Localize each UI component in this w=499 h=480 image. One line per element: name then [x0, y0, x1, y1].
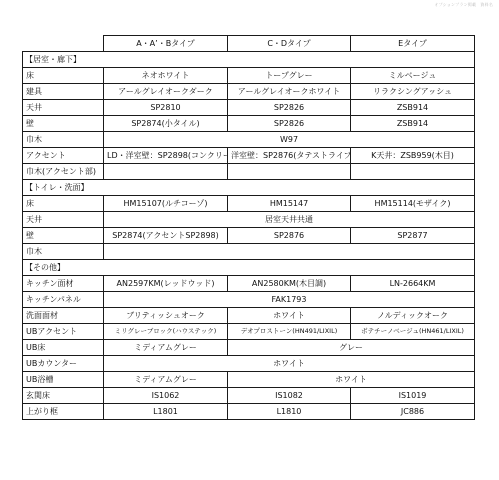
row-label: 玄関床	[23, 388, 104, 404]
row-label: キッチン面材	[23, 276, 104, 292]
table-row: 天井 居室天井共通	[23, 212, 475, 228]
section-row: 【トイレ・洗面】	[23, 180, 475, 196]
section-title-living: 【居室・廊下】	[23, 52, 475, 68]
table-cell: ネオホワイト	[104, 68, 228, 84]
row-label: キッチンパネル	[23, 292, 104, 308]
table-cell: ノルディックオーク	[351, 308, 475, 324]
table-cell: AN2580KM(木目調)	[228, 276, 351, 292]
row-label: 巾木(アクセント部)	[23, 164, 104, 180]
table-row: 玄関床 IS1062 IS1082 IS1019	[23, 388, 475, 404]
table-row: 巾木 W97	[23, 132, 475, 148]
table-cell: ミルベージュ	[351, 68, 475, 84]
table-cell: ミディアムグレー	[104, 340, 228, 356]
table-row: UB床 ミディアムグレー グレー	[23, 340, 475, 356]
merged-cell: 居室天井共通	[104, 212, 475, 228]
table-cell	[228, 164, 351, 180]
row-label: 巾木	[23, 244, 104, 260]
table-row: 巾木(アクセント部)	[23, 164, 475, 180]
table-cell: SP2874(小タイル)	[104, 116, 228, 132]
merged-cell: W97	[104, 132, 475, 148]
table-cell: SP2826	[228, 116, 351, 132]
table-cell: ボテチーノベージュ(HN461/LIXIL)	[351, 324, 475, 340]
table-row: 上がり框 L1801 L1810 JC886	[23, 404, 475, 420]
column-header-ab: A・A’・Bタイプ	[104, 36, 228, 52]
row-label: 床	[23, 196, 104, 212]
column-header-e: Eタイプ	[351, 36, 475, 52]
table-cell	[104, 164, 228, 180]
row-label: 天井	[23, 212, 104, 228]
section-row: 【その他】	[23, 260, 475, 276]
table-cell: ミリグレーブロック(ハウステック)	[104, 324, 228, 340]
table-cell: LD・洋室壁：SP2898(コンクリート)	[104, 148, 228, 164]
section-title-other: 【その他】	[23, 260, 475, 276]
finish-spec-table: A・A’・Bタイプ C・Dタイプ Eタイプ 【居室・廊下】 床 ネオホワイト ト…	[22, 35, 475, 420]
section-title-toilet: 【トイレ・洗面】	[23, 180, 475, 196]
table-cell: デオプロストーン(HN491/LIXIL)	[228, 324, 351, 340]
column-header-cd: C・Dタイプ	[228, 36, 351, 52]
table-row: UBカウンター ホワイト	[23, 356, 475, 372]
corner-note: オプションプラン掲載 資料名	[435, 2, 493, 8]
table-cell: アールグレイオークホワイト	[228, 84, 351, 100]
table-row: UB浴槽 ミディアムグレー ホワイト	[23, 372, 475, 388]
table-cell: HM15147	[228, 196, 351, 212]
row-label: アクセント	[23, 148, 104, 164]
table-cell: AN2597KM(レッドウッド)	[104, 276, 228, 292]
table-cell: SP2877	[351, 228, 475, 244]
table-row: UBアクセント ミリグレーブロック(ハウステック) デオプロストーン(HN491…	[23, 324, 475, 340]
row-label: UB浴槽	[23, 372, 104, 388]
table-cell: L1801	[104, 404, 228, 420]
table-cell: L1810	[228, 404, 351, 420]
table-cell: HM15114(モザイク)	[351, 196, 475, 212]
table-row: 洗面面材 ブリティッシュオーク ホワイト ノルディックオーク	[23, 308, 475, 324]
row-label: UBカウンター	[23, 356, 104, 372]
table-row: 天井 SP2810 SP2826 ZSB914	[23, 100, 475, 116]
table-cell: ミディアムグレー	[104, 372, 228, 388]
row-label: 壁	[23, 228, 104, 244]
table-row: アクセント LD・洋室壁：SP2898(コンクリート) 洋室壁：SP2876(タ…	[23, 148, 475, 164]
row-label: 巾木	[23, 132, 104, 148]
row-label: 洗面面材	[23, 308, 104, 324]
merged-cell	[104, 244, 475, 260]
table-row: 床 HM15107(ルチコーゾ) HM15147 HM15114(モザイク)	[23, 196, 475, 212]
merged-cell: FAK1793	[104, 292, 475, 308]
table-row: 壁 SP2874(小タイル) SP2826 ZSB914	[23, 116, 475, 132]
table-cell: SP2810	[104, 100, 228, 116]
table-cell: SP2826	[228, 100, 351, 116]
table-row: キッチンパネル FAK1793	[23, 292, 475, 308]
header-row: A・A’・Bタイプ C・Dタイプ Eタイプ	[23, 36, 475, 52]
table-cell: LN-2664KM	[351, 276, 475, 292]
table-cell: SP2874(アクセントSP2898)	[104, 228, 228, 244]
table-cell: JC886	[351, 404, 475, 420]
corner-cell	[23, 36, 104, 52]
table-row: 床 ネオホワイト トープグレー ミルベージュ	[23, 68, 475, 84]
row-label: 上がり框	[23, 404, 104, 420]
table-row: 建具 アールグレイオークダーク アールグレイオークホワイト リラクシングアッシュ	[23, 84, 475, 100]
table-cell: SP2876	[228, 228, 351, 244]
table-cell: K天井：ZSB959(木目)	[351, 148, 475, 164]
section-row: 【居室・廊下】	[23, 52, 475, 68]
table-cell: IS1082	[228, 388, 351, 404]
table-row: 壁 SP2874(アクセントSP2898) SP2876 SP2877	[23, 228, 475, 244]
merged-cell: グレー	[228, 340, 475, 356]
row-label: UBアクセント	[23, 324, 104, 340]
table-cell: IS1019	[351, 388, 475, 404]
row-label: UB床	[23, 340, 104, 356]
table-cell: HM15107(ルチコーゾ)	[104, 196, 228, 212]
table-cell: トープグレー	[228, 68, 351, 84]
merged-cell: ホワイト	[104, 356, 475, 372]
merged-cell: ホワイト	[228, 372, 475, 388]
row-label: 壁	[23, 116, 104, 132]
table-cell: ZSB914	[351, 116, 475, 132]
table-cell: 洋室壁：SP2876(タテストライプ)	[228, 148, 351, 164]
table-row: 巾木	[23, 244, 475, 260]
table-cell: リラクシングアッシュ	[351, 84, 475, 100]
table-cell: ZSB914	[351, 100, 475, 116]
table-cell: アールグレイオークダーク	[104, 84, 228, 100]
table-cell	[351, 164, 475, 180]
table-cell: IS1062	[104, 388, 228, 404]
row-label: 建具	[23, 84, 104, 100]
row-label: 天井	[23, 100, 104, 116]
table-cell: ホワイト	[228, 308, 351, 324]
table-row: キッチン面材 AN2597KM(レッドウッド) AN2580KM(木目調) LN…	[23, 276, 475, 292]
row-label: 床	[23, 68, 104, 84]
table-cell: ブリティッシュオーク	[104, 308, 228, 324]
